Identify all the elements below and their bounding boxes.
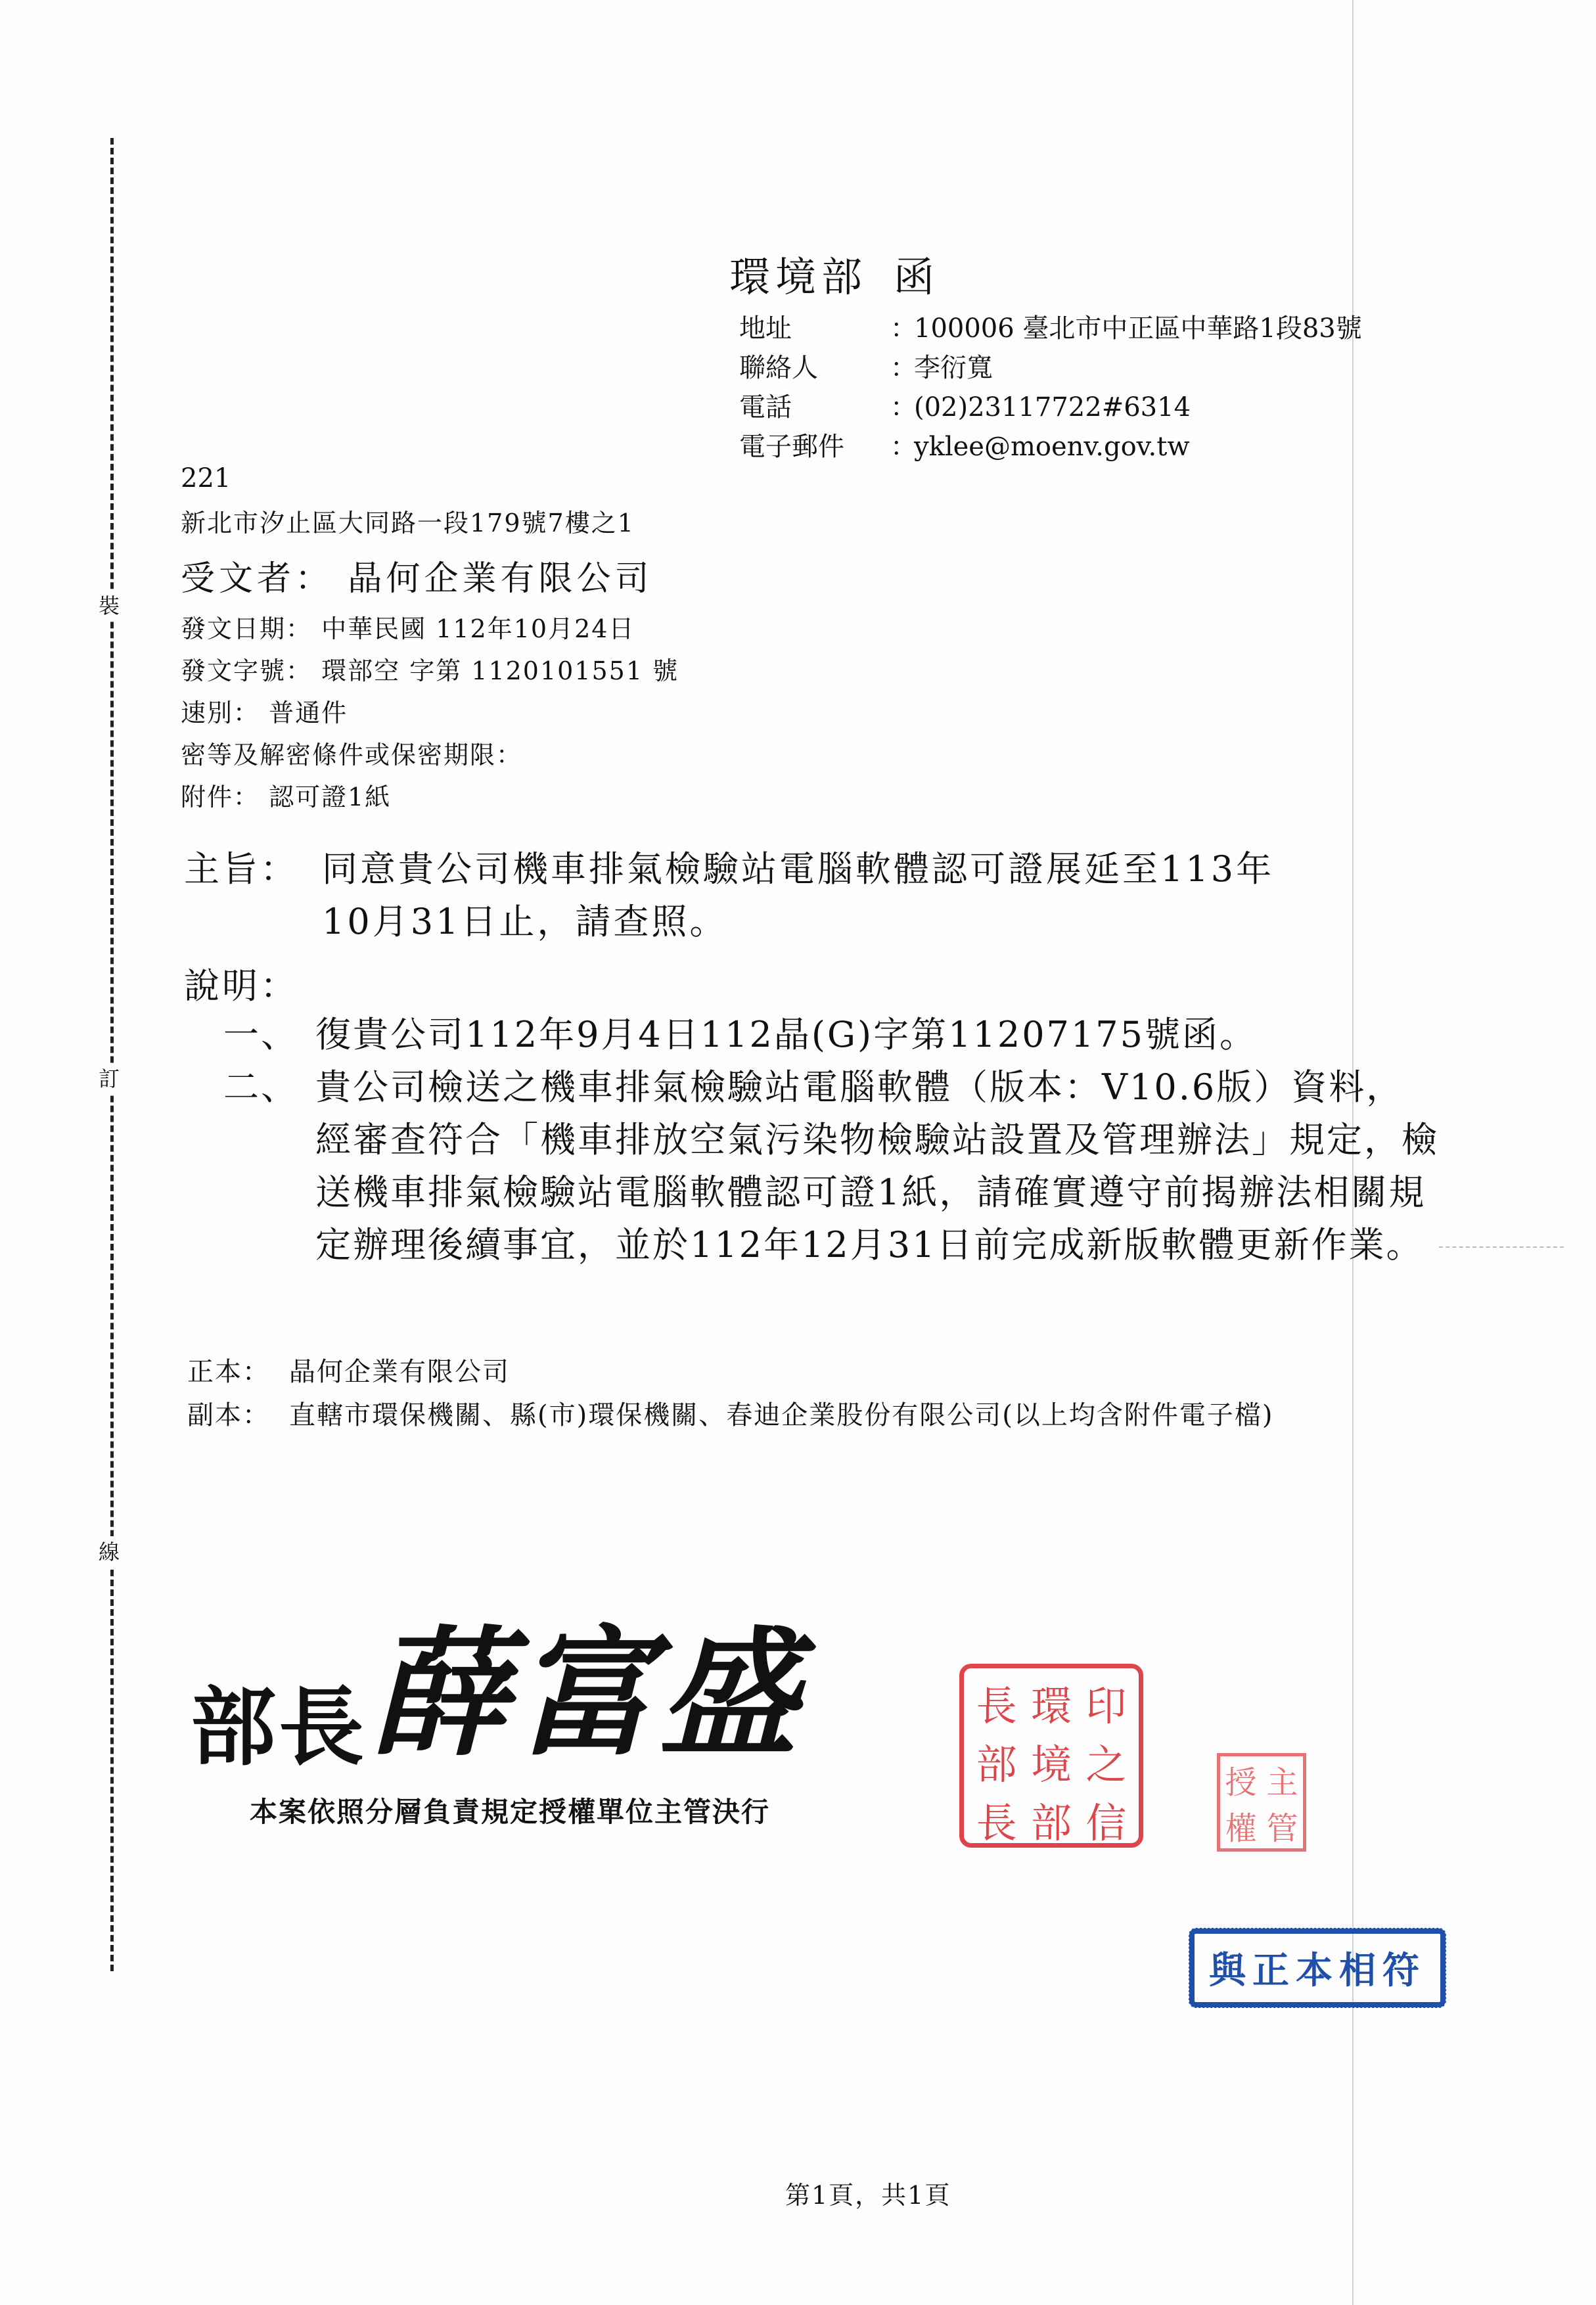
sender-info: 地址：100006 臺北市中正區中華路1段83號 聯絡人：李衍寬 電話：(02)… xyxy=(739,309,1362,467)
subject-line-1: 同意貴公司機車排氣檢驗站電腦軟體認可證展延至113年 xyxy=(322,848,1274,890)
subject: 主旨：同意貴公司機車排氣檢驗站電腦軟體認可證展延至113年 10月31日止，請查… xyxy=(184,843,1419,948)
subject-line-2: 10月31日止，請查照。 xyxy=(184,896,1419,948)
speed-label: 速別： xyxy=(181,698,260,727)
copy-recipients: 直轄市環保機關、縣(市)環保機關、春迪企業股份有限公司(以上均含附件電子檔) xyxy=(289,1394,1273,1437)
document-title: 環境部函 xyxy=(729,244,940,303)
explanation-items: 一、 復貴公司112年9月4日112晶(G)字第11207175號函。 二、 貴… xyxy=(223,1009,1439,1271)
binding-mark-line: 線 xyxy=(99,1536,120,1568)
signatory-title: 部長 xyxy=(191,1677,367,1777)
officer-seal-icon: 授主 權管 xyxy=(1217,1753,1306,1852)
secrecy-label: 密等及解密條件或保密期限： xyxy=(181,741,522,769)
binding-line xyxy=(110,138,114,1971)
copy-recipient-row: 副本： 直轄市環保機關、縣(市)環保機關、春迪企業股份有限公司(以上均含附件電子… xyxy=(187,1394,1423,1437)
sender-address: 100006 臺北市中正區中華路1段83號 xyxy=(914,309,1362,348)
attachment-row: 附件： 認可證1紙 xyxy=(181,776,679,818)
doc-number-label: 發文字號： xyxy=(181,656,312,685)
item-text: 貴公司檢送之機車排氣檢驗站電腦軟體（版本：V10.6版）資料，經審查符合「機車排… xyxy=(315,1061,1439,1271)
item-text: 復貴公司112年9月4日112晶(G)字第11207175號函。 xyxy=(315,1009,1439,1061)
sender-phone-row: 電話：(02)23117722#6314 xyxy=(739,388,1362,427)
original-recipient-row: 正本： 晶何企業有限公司 xyxy=(187,1350,1423,1394)
original-recipient: 晶何企業有限公司 xyxy=(289,1350,510,1394)
issue-date-row: 發文日期： 中華民國 112年10月24日 xyxy=(181,608,679,650)
attachment-label: 附件： xyxy=(181,783,260,811)
explanation-label: 說明： xyxy=(184,958,298,1009)
sender-contact-label: 聯絡人 xyxy=(739,348,890,388)
binding-mark-staple: 訂 xyxy=(99,1063,120,1095)
sender-address-row: 地址：100006 臺北市中正區中華路1段83號 xyxy=(739,309,1362,348)
speed-row: 速別： 普通件 xyxy=(181,692,679,734)
document-type: 函 xyxy=(894,253,940,301)
recipient-name: 晶何企業有限公司 xyxy=(348,559,653,599)
sender-contact-row: 聯絡人：李衍寬 xyxy=(739,348,1362,388)
document-meta: 發文日期： 中華民國 112年10月24日 發文字號： 環部空 字第 11201… xyxy=(181,608,679,818)
issue-date: 中華民國 112年10月24日 xyxy=(321,614,635,643)
original-label: 正本： xyxy=(187,1350,289,1394)
recipient-zip: 221 xyxy=(181,463,231,493)
signatory-name: 薛富盛 xyxy=(371,1612,804,1775)
explanation-item: 二、 貴公司檢送之機車排氣檢驗站電腦軟體（版本：V10.6版）資料，經審查符合「… xyxy=(223,1061,1439,1271)
recipient-address: 新北市汐止區大同路一段179號7樓之1 xyxy=(181,503,635,539)
item-number: 一、 xyxy=(223,1009,315,1061)
distribution: 正本： 晶何企業有限公司 副本： 直轄市環保機關、縣(市)環保機關、春迪企業股份… xyxy=(187,1350,1423,1437)
speed: 普通件 xyxy=(269,698,348,727)
sender-email-row: 電子郵件：yklee@moenv.gov.tw xyxy=(739,427,1362,467)
recipient-label: 受文者： xyxy=(181,559,333,599)
binding-mark-bind: 裝 xyxy=(99,590,120,622)
sender-email-label: 電子郵件 xyxy=(739,427,890,467)
secrecy-row: 密等及解密條件或保密期限： xyxy=(181,734,679,776)
sender-address-label: 地址 xyxy=(739,309,890,348)
doc-number: 環部空 字第 1120101551 號 xyxy=(321,656,679,685)
doc-number-row: 發文字號： 環部空 字第 1120101551 號 xyxy=(181,650,679,692)
scan-artifact-dash xyxy=(1439,1246,1564,1248)
copy-label: 副本： xyxy=(187,1394,289,1437)
sender-phone: (02)23117722#6314 xyxy=(914,388,1191,427)
sender-email[interactable]: yklee@moenv.gov.tw xyxy=(914,427,1190,467)
delegation-note: 本案依照分層負責規定授權單位主管決行 xyxy=(250,1791,770,1830)
certified-copy-stamp: 與正本相符 xyxy=(1189,1928,1446,2007)
signature: 部長 薛富盛 xyxy=(191,1584,804,1782)
recipient: 受文者： 晶何企業有限公司 xyxy=(181,551,653,600)
sender-contact: 李衍寬 xyxy=(914,348,993,388)
issue-date-label: 發文日期： xyxy=(181,614,312,643)
page-indicator: 第1頁，共1頁 xyxy=(785,2175,951,2211)
item-number: 二、 xyxy=(223,1061,315,1271)
attachment: 認可證1紙 xyxy=(269,783,391,811)
subject-label: 主旨： xyxy=(184,843,322,896)
explanation-item: 一、 復貴公司112年9月4日112晶(G)字第11207175號函。 xyxy=(223,1009,1439,1061)
ministry-seal-icon: 長環印 部境之 長部信 xyxy=(959,1664,1143,1848)
sender-phone-label: 電話 xyxy=(739,388,890,427)
issuing-agency: 環境部 xyxy=(729,253,867,301)
